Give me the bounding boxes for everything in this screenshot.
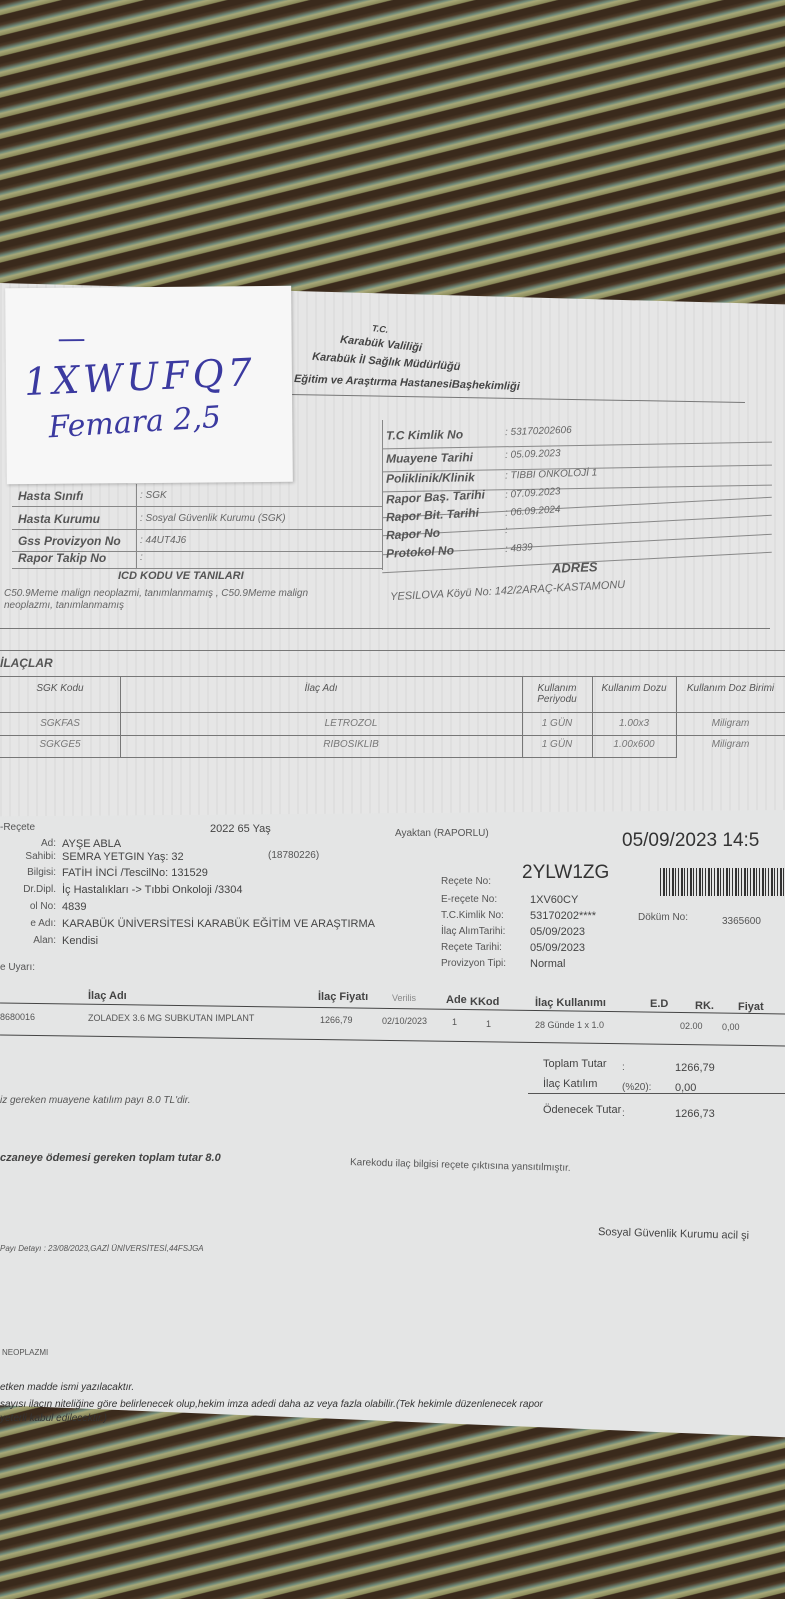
- rx-datetime: 05/09/2023 14:5: [622, 830, 759, 852]
- rx-field-value: FATİH İNCİ /TescilNo: 131529: [62, 867, 208, 879]
- rx-field-value: İç Hastalıkları -> Tıbbi Onkoloji /3304: [62, 884, 242, 896]
- item-column-header: Ade: [446, 994, 467, 1006]
- rx-field-value: Normal: [530, 958, 565, 970]
- report-field-label: Rapor No: [386, 526, 441, 543]
- note-medicine: Femara 2,5: [47, 400, 222, 445]
- rx-field-label: Bilgisi:: [0, 867, 56, 878]
- item-column-header: İlaç Kullanımı: [535, 997, 606, 1009]
- icd-title: ICD KODU VE TANILARI: [118, 570, 244, 582]
- icd-text-2: neoplazmı, tanımlanmamış: [4, 600, 124, 611]
- drug-column-header: İlaç Adı: [120, 683, 522, 694]
- divider: [136, 484, 137, 568]
- item-cell-date: 02/10/2023: [382, 1016, 427, 1026]
- divider: [0, 628, 770, 629]
- note-code: 1XWUFQ7: [23, 350, 257, 404]
- divider: [528, 1093, 785, 1094]
- rx-uyari: e Uyarı:: [0, 962, 35, 973]
- divider: [12, 506, 382, 507]
- rx-field-value: Kendisi: [62, 935, 98, 947]
- report-field-value: :: [140, 552, 143, 563]
- drug-column-header: SGK Kodu: [0, 683, 120, 694]
- barcode: [660, 868, 785, 896]
- item-column-header: RK.: [695, 1000, 714, 1012]
- divider: [382, 420, 383, 570]
- report-field-label: Muayene Tarihi: [386, 450, 473, 466]
- drug-column-header: Kullanım Periyodu: [522, 683, 592, 705]
- report-field-label: T.C Kimlik No: [386, 427, 463, 442]
- item-column-header: İlaç Adı: [88, 990, 127, 1002]
- rx-field-label: İlaç AlımTarihi:: [441, 926, 505, 937]
- divider: [0, 757, 676, 758]
- header-tc: T.C.: [372, 323, 389, 335]
- total-label: Toplam Tutar: [543, 1058, 607, 1070]
- item-column-header: KKod: [470, 996, 499, 1008]
- neoplazmi: NEOPLAZMI: [2, 1348, 48, 1357]
- rx-field-label: Ad:: [0, 838, 56, 849]
- footer-line-2: sayısı ilacın niteliğine göre belirlenec…: [0, 1399, 543, 1410]
- rx-field-value: AYŞE ABLA: [62, 838, 121, 850]
- divider: [0, 650, 785, 651]
- sticky-note: — 1XWUFQ7 Femara 2,5: [5, 286, 293, 484]
- rx-id-number: (18780226): [268, 850, 319, 861]
- rx-field-label: Alan:: [0, 935, 56, 946]
- note-dash: —: [57, 322, 85, 355]
- rx-type: -Reçete: [0, 822, 35, 833]
- report-field-label: Hasta Kurumu: [18, 512, 100, 526]
- rx-field-label: Reçete Tarihi:: [441, 942, 502, 953]
- dokum-label: Döküm No:: [638, 912, 688, 923]
- recete-no-label: Reçete No:: [441, 876, 491, 887]
- item-cell-rk: 02.00: [680, 1021, 703, 1031]
- item-column-header: İlaç Fiyatı: [318, 991, 368, 1003]
- drug-cell-period: 1 GÜN: [522, 739, 592, 750]
- report-field-value: : 53170202606: [505, 425, 572, 438]
- drug-cell-code: SGKGE5: [0, 739, 120, 750]
- report-field-value: : SGK: [140, 490, 167, 501]
- note-eczane: czaneye ödemesi gereken toplam tutar 8.0: [0, 1152, 221, 1164]
- divider: [0, 676, 785, 677]
- item-column-header: Fiyat: [738, 1001, 764, 1013]
- item-cell-usage: 28 Günde 1 x 1.0: [535, 1020, 604, 1030]
- address-title: ADRES: [552, 559, 598, 576]
- rx-field-label: Sahibi:: [0, 851, 56, 862]
- drugs-title: İLAÇLAR: [0, 656, 53, 670]
- icd-text-1: C50.9Meme malign neoplazmi, tanımlanmamı…: [4, 588, 308, 599]
- footer-line-3: yeterli kabul edilecektir.): [0, 1413, 107, 1424]
- rx-field-value: 05/09/2023: [530, 926, 585, 938]
- rx-field-label: ol No:: [0, 901, 56, 912]
- report-field-label: Poliklinik/Klinik: [386, 470, 475, 486]
- rx-field-value: 4839: [62, 901, 86, 913]
- rx-field-value: SEMRA YETGIN Yaş: 32: [62, 851, 184, 863]
- item-cell-barcode: 8680016: [0, 1012, 35, 1022]
- rx-field-label: E-reçete No:: [441, 894, 497, 905]
- drug-column-header: Kullanım Doz Birimi: [676, 683, 785, 694]
- drug-cell-code: SGKFAS: [0, 718, 120, 729]
- rx-ayakta: Ayaktan (RAPORLU): [395, 828, 489, 839]
- drug-cell-unit: Miligram: [676, 718, 785, 729]
- report-field-label: Hasta Sınıfı: [18, 489, 83, 503]
- report-field-label: Gss Provizyon No: [18, 534, 121, 548]
- note-muayene: iz gereken muayene katılım payı 8.0 TL'd…: [0, 1095, 191, 1106]
- rx-field-label: T.C.Kimlik No:: [441, 910, 504, 921]
- total-value: 1266,73: [675, 1108, 715, 1120]
- drug-cell-dose: 1.00x600: [592, 739, 676, 750]
- rx-field-label: Dr.Dipl.: [0, 884, 56, 895]
- total-value: 1266,79: [675, 1062, 715, 1074]
- drug-cell-name: LETROZOL: [120, 718, 522, 729]
- total-sep: :: [622, 1108, 625, 1119]
- total-label: Ödenecek Tutar: [543, 1104, 621, 1116]
- recete-no: 2YLW1ZG: [522, 862, 609, 884]
- rx-field-value: 1XV60CY: [530, 894, 578, 906]
- dokum-no: 3365600: [722, 916, 761, 927]
- rx-field-value: KARABÜK ÜNİVERSİTESİ KARABÜK EĞİTİM VE A…: [62, 918, 375, 930]
- rx-field-value: 05/09/2023: [530, 942, 585, 954]
- total-sep: :: [622, 1062, 625, 1073]
- rx-field-label: Provizyon Tipi:: [441, 958, 506, 969]
- divider: [0, 735, 785, 736]
- rx-age-line: 2022 65 Yaş: [210, 823, 271, 835]
- report-field-value: : 44UT4J6: [140, 535, 186, 546]
- divider: [12, 529, 382, 530]
- item-cell-fiyat: 0,00: [722, 1022, 740, 1032]
- total-sep: (%20):: [622, 1082, 651, 1093]
- report-field-value: : 05.09.2023: [505, 448, 561, 461]
- item-cell-kkod: 1: [486, 1019, 491, 1029]
- prescription-sheet: [0, 810, 785, 1450]
- drug-cell-dose: 1.00x3: [592, 718, 676, 729]
- pay-detail: Payı Detayı : 23/08/2023,GAZİ ÜNİVERSİTE…: [0, 1244, 204, 1253]
- item-cell-name: ZOLADEX 3.6 MG SUBKUTAN IMPLANT: [88, 1013, 254, 1023]
- total-label: İlaç Katılım: [543, 1078, 597, 1090]
- drug-column-header: Kullanım Dozu: [592, 683, 676, 694]
- report-field-value: : Sosyal Güvenlik Kurumu (SGK): [140, 513, 286, 524]
- divider: [12, 568, 382, 569]
- item-cell-price: 1266,79: [320, 1015, 353, 1025]
- rx-field-value: 53170202****: [530, 910, 596, 922]
- report-field-value: :: [505, 525, 509, 536]
- rx-field-label: e Adı:: [0, 918, 56, 929]
- report-field-value: : 4839: [505, 542, 534, 555]
- item-column-header: E.D: [650, 998, 668, 1010]
- item-column-header: Verilis: [392, 993, 416, 1003]
- item-cell-qty: 1: [452, 1017, 457, 1027]
- divider: [0, 712, 785, 713]
- drug-cell-name: RIBOSIKLIB: [120, 739, 522, 750]
- footer-line-1: etken madde ismi yazılacaktır.: [0, 1382, 134, 1393]
- report-field-label: Rapor Takip No: [18, 551, 106, 565]
- drug-cell-period: 1 GÜN: [522, 718, 592, 729]
- drug-cell-unit: Miligram: [676, 739, 785, 750]
